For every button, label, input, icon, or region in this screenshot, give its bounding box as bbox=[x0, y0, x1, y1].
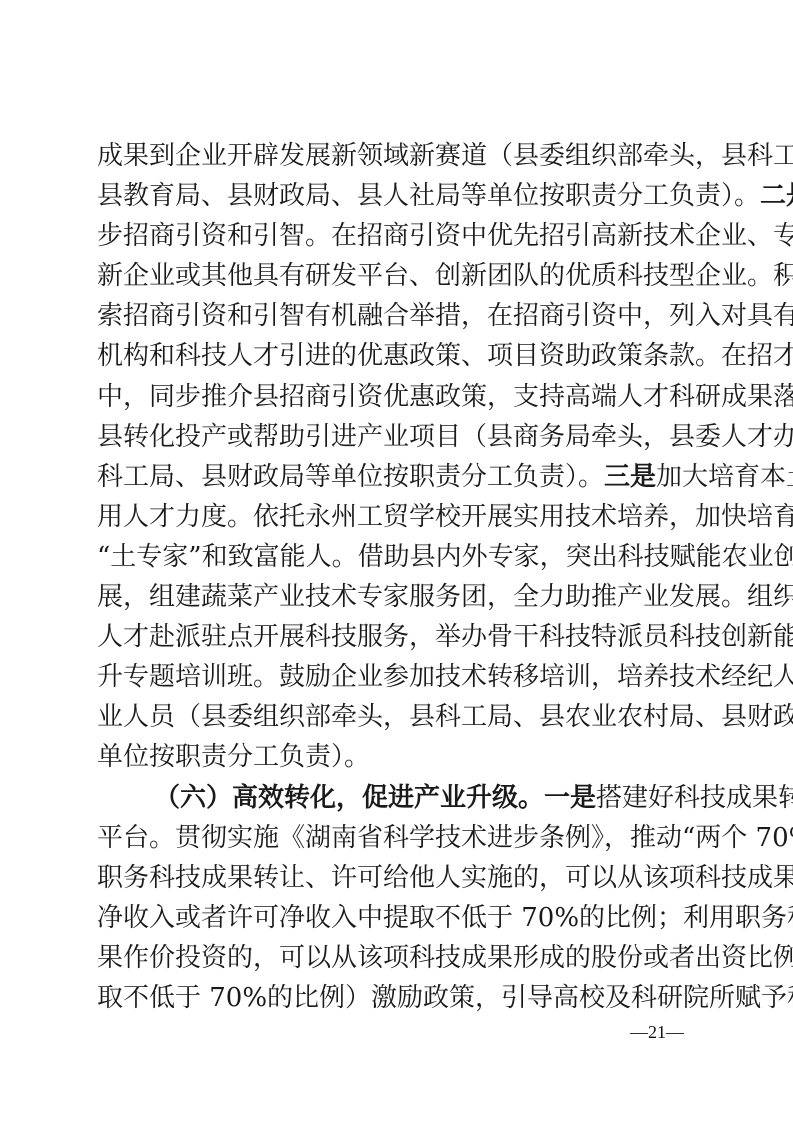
text-line: 县教育局、县财政局、县人社局等单位按职责分工负责）。二是同 bbox=[97, 176, 703, 216]
text-run: 升专题培训班。鼓励企业参加技术转移培训，培养技术经纪人等专 bbox=[97, 662, 793, 692]
text-line: 用人才力度。依托永州工贸学校开展实用技术培养，加快培育一批 bbox=[97, 497, 703, 537]
text-run: 索招商引资和引智有机融合举措，在招商引资中，列入对具有研发 bbox=[97, 301, 793, 331]
text-run: 展，组建蔬菜产业技术专家服务团，全力助推产业发展。组织科技 bbox=[97, 582, 793, 612]
text-line: 展，组建蔬菜产业技术专家服务团，全力助推产业发展。组织科技 bbox=[97, 577, 703, 617]
text-line: 单位按职责分工负责）。 bbox=[97, 737, 703, 777]
text-line: 机构和科技人才引进的优惠政策、项目资助政策条款。在招才引智 bbox=[97, 336, 703, 376]
text-run: 业人员（县委组织部牵头，县科工局、县农业农村局、县财政局等 bbox=[97, 702, 793, 732]
text-line: 索招商引资和引智有机融合举措，在招商引资中，列入对具有研发 bbox=[97, 296, 703, 336]
text-line: 县转化投产或帮助引进产业项目（县商务局牵头，县委人才办、县 bbox=[97, 417, 703, 457]
text-line: 果作价投资的，可以从该项科技成果形成的股份或者出资比例中提 bbox=[97, 938, 703, 978]
text-run: 用人才力度。依托永州工贸学校开展实用技术培养，加快培育一批 bbox=[97, 502, 793, 532]
bold-run-erdshi: 二是 bbox=[760, 181, 793, 211]
text-line: 业人员（县委组织部牵头，县科工局、县农业农村局、县财政局等 bbox=[97, 697, 703, 737]
bold-run-yishi: 一是 bbox=[544, 783, 596, 813]
text-line: 平台。贯彻实施《湖南省科学技术进步条例》，推动“两个 70%”（将 bbox=[97, 818, 703, 858]
text-line: 步招商引资和引智。在招商引资中优先招引高新技术企业、专精特 bbox=[97, 216, 703, 256]
text-line: 升专题培训班。鼓励企业参加技术转移培训，培养技术经纪人等专 bbox=[97, 657, 703, 697]
text-run: 平台。贯彻实施《湖南省科学技术进步条例》，推动“两个 70%”（将 bbox=[97, 823, 793, 853]
text-run: 果作价投资的，可以从该项科技成果形成的股份或者出资比例中提 bbox=[97, 943, 793, 973]
text-run: 科工局、县财政局等单位按职责分工负责）。 bbox=[97, 462, 604, 492]
text-line: 科工局、县财政局等单位按职责分工负责）。三是加大培育本土实 bbox=[97, 457, 703, 497]
text-run: 搭建好科技成果转化 bbox=[596, 783, 793, 813]
text-line: “土专家”和致富能人。借助县内外专家，突出科技赋能农业创新发 bbox=[97, 537, 703, 577]
text-run: 县教育局、县财政局、县人社局等单位按职责分工负责）。 bbox=[97, 181, 760, 211]
text-line: 成果到企业开辟发展新领域新赛道（县委组织部牵头，县科工局、 bbox=[97, 136, 703, 176]
text-run: 职务科技成果转让、许可给他人实施的，可以从该项科技成果转让 bbox=[97, 863, 793, 893]
bold-run-sanshi: 三是 bbox=[604, 462, 656, 492]
document-page: 成果到企业开辟发展新领域新赛道（县委组织部牵头，县科工局、 县教育局、县财政局、… bbox=[0, 0, 793, 1122]
text-run: 加大培育本土实 bbox=[656, 462, 793, 492]
text-run: 成果到企业开辟发展新领域新赛道（县委组织部牵头，县科工局、 bbox=[97, 141, 793, 171]
text-run: 步招商引资和引智。在招商引资中优先招引高新技术企业、专精特 bbox=[97, 221, 793, 251]
text-line: 中，同步推介县招商引资优惠政策，支持高端人才科研成果落户道 bbox=[97, 377, 703, 417]
page-number: —21— bbox=[630, 1022, 684, 1043]
text-run: 取不低于 70%的比例）激励政策，引导高校及科研院所赋予科学 bbox=[97, 983, 793, 1013]
text-line: 职务科技成果转让、许可给他人实施的，可以从该项科技成果转让 bbox=[97, 858, 703, 898]
text-run: 机构和科技人才引进的优惠政策、项目资助政策条款。在招才引智 bbox=[97, 341, 793, 371]
text-run: 人才赴派驻点开展科技服务，举办骨干科技特派员科技创新能力提 bbox=[97, 622, 793, 652]
text-line: 人才赴派驻点开展科技服务，举办骨干科技特派员科技创新能力提 bbox=[97, 617, 703, 657]
text-line: 新企业或其他具有研发平台、创新团队的优质科技型企业。积极探 bbox=[97, 256, 703, 296]
text-run: 新企业或其他具有研发平台、创新团队的优质科技型企业。积极探 bbox=[97, 261, 793, 291]
text-line: 取不低于 70%的比例）激励政策，引导高校及科研院所赋予科学 bbox=[97, 978, 703, 1018]
section-heading-line: （六）高效转化，促进产业升级。一是搭建好科技成果转化 bbox=[97, 778, 703, 818]
section-heading: （六）高效转化，促进产业升级。 bbox=[154, 783, 544, 813]
text-line: 净收入或者许可净收入中提取不低于 70%的比例；利用职务科技成 bbox=[97, 898, 703, 938]
text-run: “土专家”和致富能人。借助县内外专家，突出科技赋能农业创新发 bbox=[97, 542, 793, 572]
text-run: 净收入或者许可净收入中提取不低于 70%的比例；利用职务科技成 bbox=[97, 903, 793, 933]
text-run: 中，同步推介县招商引资优惠政策，支持高端人才科研成果落户道 bbox=[97, 382, 793, 412]
text-run: 县转化投产或帮助引进产业项目（县商务局牵头，县委人才办、县 bbox=[97, 422, 793, 452]
body-text: 成果到企业开辟发展新领域新赛道（县委组织部牵头，县科工局、 县教育局、县财政局、… bbox=[97, 136, 703, 1018]
text-run: 单位按职责分工负责）。 bbox=[97, 742, 370, 772]
